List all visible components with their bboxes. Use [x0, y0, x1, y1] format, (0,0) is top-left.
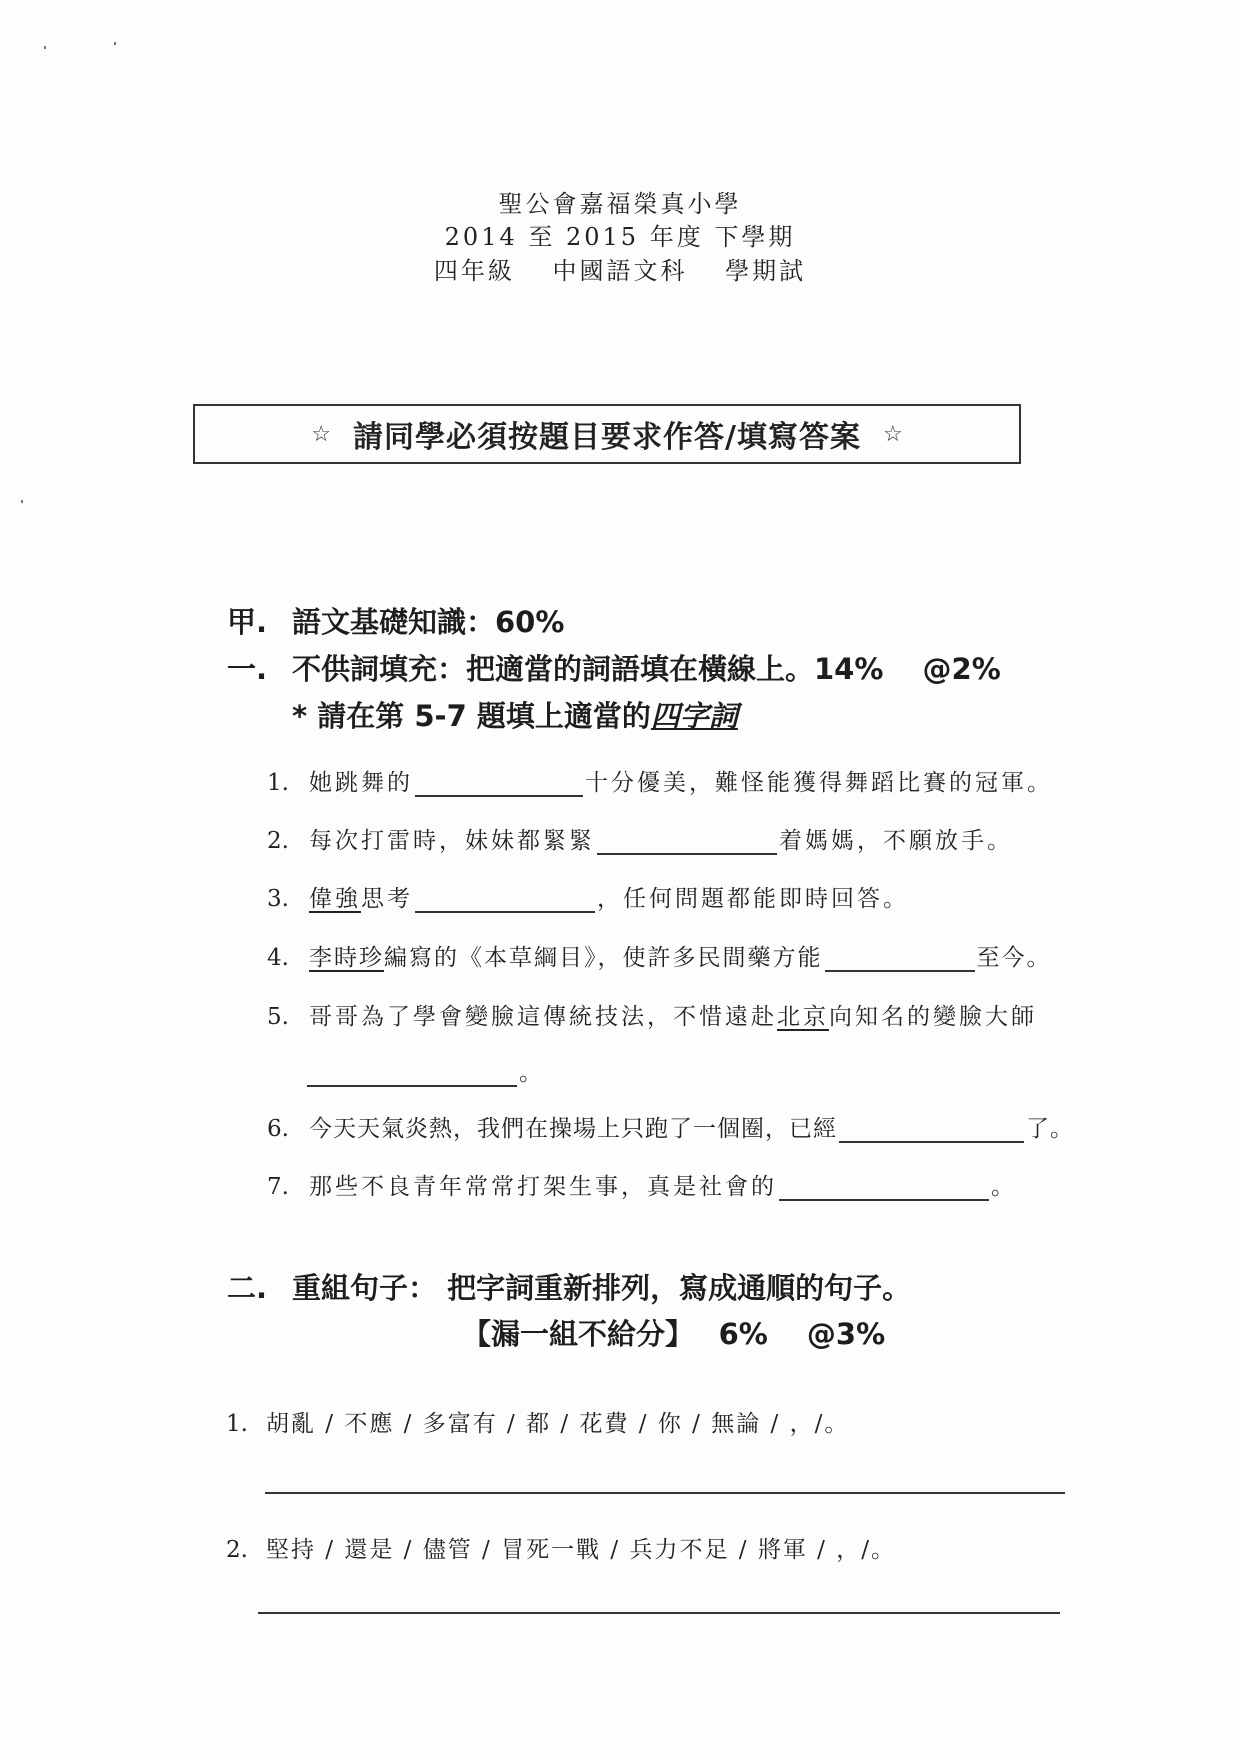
answer-blank-5[interactable] — [307, 1061, 517, 1087]
part-2-subtitle: 【漏一組不給分】 6% @3% — [462, 1312, 885, 1353]
question-text: 每次打雷時，妹妹都緊緊 — [309, 828, 595, 854]
part-2-heading: 二.重組句子： 把字詞重新排列，寫成通順的句子。 — [227, 1266, 911, 1307]
question-text: 向知名的變臉大師 — [829, 1004, 1037, 1030]
star-icon: ☆ — [883, 422, 903, 447]
scan-speck — [114, 42, 116, 45]
question-text: 那些不良青年常常打架生事，真是社會的 — [309, 1174, 777, 1200]
question-text: 今天天氣炎熱，我們在操場上只跑了一個圈，已經 — [309, 1116, 837, 1142]
question-text: 她跳舞的 — [309, 770, 413, 796]
proper-noun: 北京 — [777, 1004, 829, 1030]
fill-question-6: 6.今天天氣炎熱，我們在操場上只跑了一個圈，已經了。 — [267, 1110, 1074, 1143]
fill-question-2: 2.每次打雷時，妹妹都緊緊着媽媽，不願放手。 — [267, 822, 1013, 855]
answer-blank-4[interactable] — [825, 946, 975, 972]
question-text: 胡亂 / 不應 / 多富有 / 都 / 花費 / 你 / 無論 / ，/。 — [266, 1411, 849, 1437]
question-text: 編寫的《本草綱目》，使許多民間藥方能 — [384, 945, 823, 971]
question-text: 至今。 — [977, 945, 1052, 971]
school-name: 聖公會嘉福榮真小學 — [0, 184, 1240, 219]
question-number: 2. — [226, 1537, 266, 1563]
section-a-marker: 甲. — [227, 600, 292, 641]
question-text: 了。 — [1026, 1116, 1074, 1142]
question-number: 2. — [267, 828, 309, 854]
part-2-marker: 二. — [227, 1266, 292, 1307]
question-number: 1. — [226, 1411, 266, 1437]
instruction-notice-text: 請同學必須按題目要求作答/填寫答案 — [353, 412, 861, 456]
star-icon: ☆ — [311, 422, 331, 447]
question-text: 。 — [519, 1060, 545, 1086]
part-1-title: 不供詞填充：把適當的詞語填在橫線上。14% @2% — [292, 652, 1001, 686]
scan-speck — [21, 500, 23, 503]
part-2-title: 重組句子： 把字詞重新排列，寫成通順的句子。 — [292, 1271, 911, 1305]
question-number: 6. — [267, 1116, 309, 1142]
question-text: 哥哥為了學會變臉這傳統技法，不惜遠赴 — [309, 1004, 777, 1030]
question-text: 思考 — [361, 886, 413, 912]
proper-noun: 李時珍 — [309, 945, 384, 971]
question-text: 十分優美，難怪能獲得舞蹈比賽的冠軍。 — [585, 770, 1053, 796]
question-number: 3. — [267, 886, 309, 912]
answer-line-2[interactable] — [258, 1612, 1060, 1614]
reorder-question-2: 2.堅持 / 還是 / 儘管 / 冒死一戰 / 兵力不足 / 將軍 / ，/。 — [226, 1531, 896, 1564]
part-1-heading: 一.不供詞填充：把適當的詞語填在橫線上。14% @2% — [227, 647, 1001, 688]
answer-line-1[interactable] — [265, 1492, 1065, 1494]
school-year: 2014 至 2015 年度 下學期 — [0, 217, 1240, 252]
question-text: 。 — [991, 1174, 1017, 1200]
answer-blank-7[interactable] — [779, 1175, 989, 1201]
fill-question-3: 3.偉強思考，任何問題都能即時回答。 — [267, 880, 909, 913]
answer-blank-2[interactable] — [597, 829, 777, 855]
part-1-note-emphasis: 四字詞 — [651, 699, 738, 733]
scan-speck — [44, 46, 46, 49]
part-1-marker: 一. — [227, 647, 292, 688]
part-1-note-text: * 請在第 5-7 題填上適當的 — [292, 699, 651, 733]
fill-question-1: 1.她跳舞的十分優美，難怪能獲得舞蹈比賽的冠軍。 — [267, 764, 1053, 797]
exam-title: 四年級 中國語文科 學期試 — [0, 251, 1240, 286]
question-number: 5. — [267, 1004, 309, 1030]
question-text: ，任何問題都能即時回答。 — [597, 886, 909, 912]
question-text: 着媽媽，不願放手。 — [779, 828, 1013, 854]
question-number: 4. — [267, 945, 309, 971]
fill-question-5: 5.哥哥為了學會變臉這傳統技法，不惜遠赴北京向知名的變臉大師 — [267, 998, 1037, 1031]
instruction-notice-box: ☆ 請同學必須按題目要求作答/填寫答案 ☆ — [193, 404, 1021, 464]
fill-question-5-continued: 。 — [305, 1054, 545, 1087]
question-number: 1. — [267, 770, 309, 796]
answer-blank-3[interactable] — [415, 887, 595, 913]
part-1-note: * 請在第 5-7 題填上適當的四字詞 — [292, 694, 738, 735]
reorder-question-1: 1.胡亂 / 不應 / 多富有 / 都 / 花費 / 你 / 無論 / ，/。 — [226, 1405, 849, 1438]
question-text: 堅持 / 還是 / 儘管 / 冒死一戰 / 兵力不足 / 將軍 / ，/。 — [266, 1537, 896, 1563]
fill-question-7: 7.那些不良青年常常打架生事，真是社會的。 — [267, 1168, 1017, 1201]
answer-blank-6[interactable] — [839, 1117, 1024, 1143]
question-number: 7. — [267, 1174, 309, 1200]
section-a-heading: 甲.語文基礎知識：60% — [227, 600, 564, 641]
fill-question-4: 4.李時珍編寫的《本草綱目》，使許多民間藥方能至今。 — [267, 939, 1052, 972]
answer-blank-1[interactable] — [415, 771, 583, 797]
section-a-title: 語文基礎知識：60% — [292, 605, 564, 639]
proper-noun: 偉強 — [309, 886, 361, 912]
exam-page: 聖公會嘉福榮真小學 2014 至 2015 年度 下學期 四年級 中國語文科 學… — [0, 0, 1240, 1754]
